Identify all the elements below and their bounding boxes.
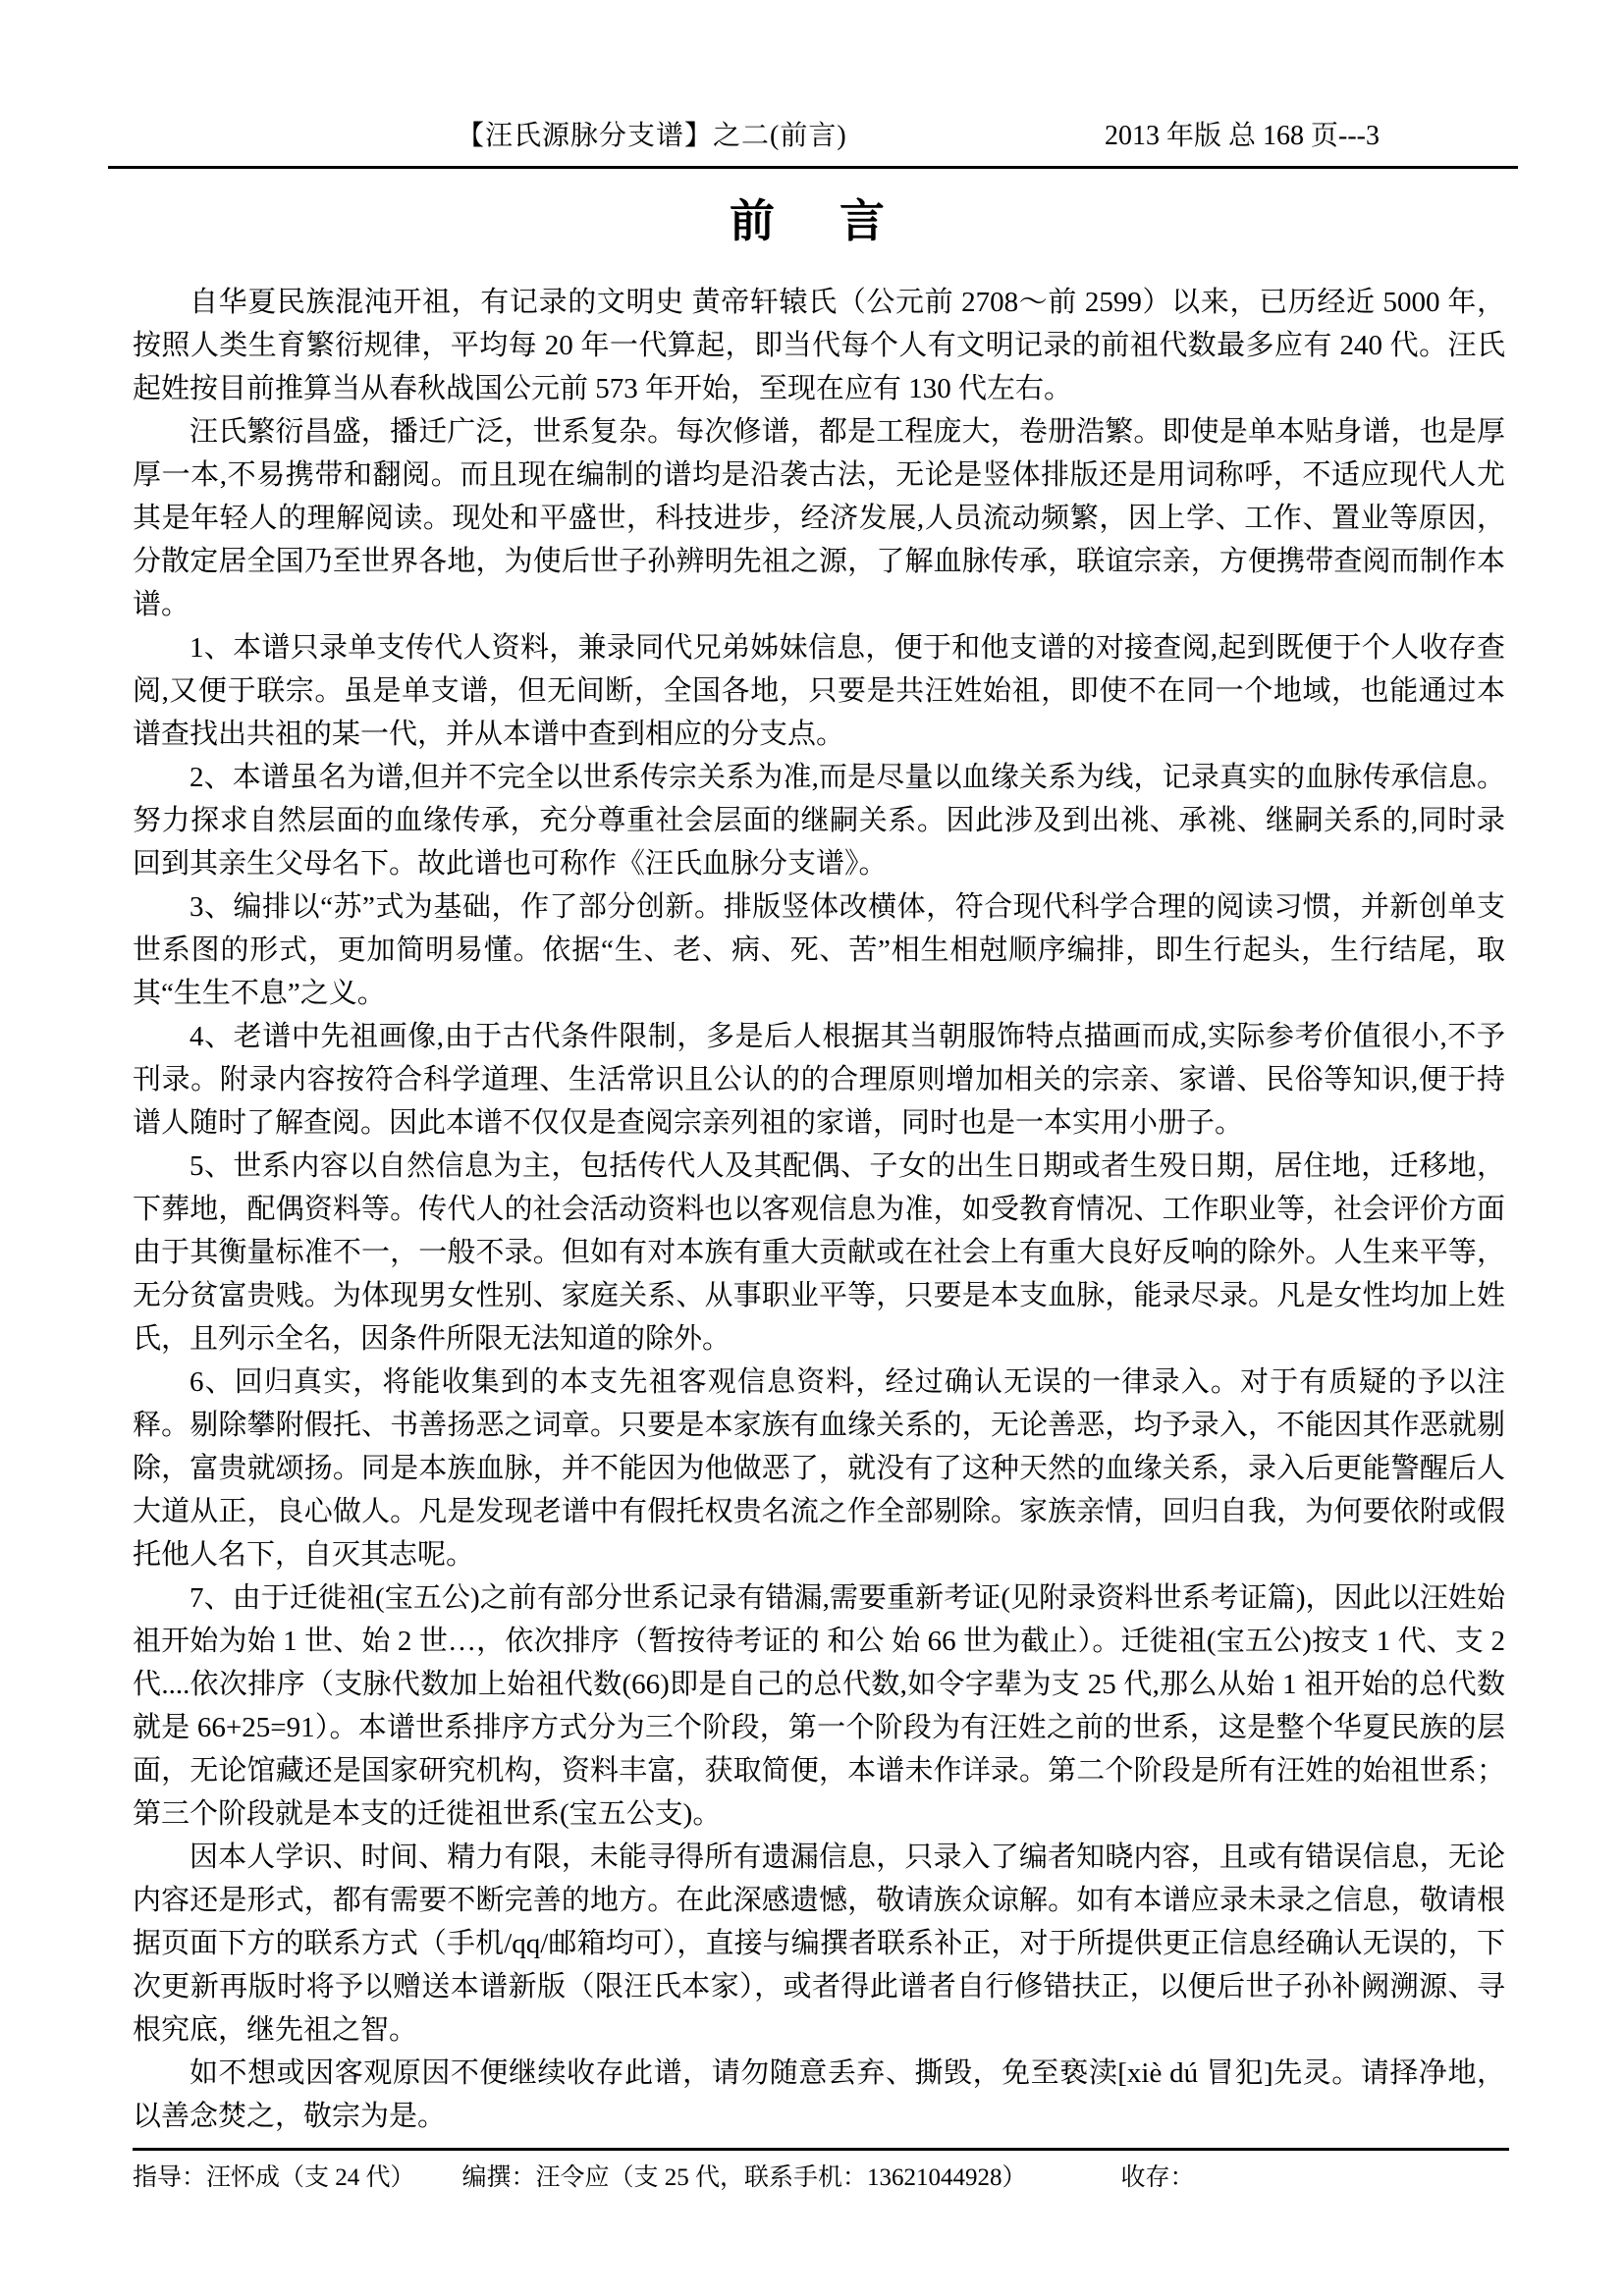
- paragraph: 如不想或因客观原因不便继续收存此谱，请勿随意丢弃、撕毁，免至亵渎[xiè dú …: [133, 2052, 1505, 2138]
- keeper-label: 收存：: [1121, 2163, 1195, 2194]
- page-title: 前 言: [0, 192, 1624, 251]
- footer-rule: [133, 2148, 1509, 2151]
- page: 【汪氏源脉分支谱】之二(前言) 2013 年版 总 168 页---3 前 言 …: [0, 0, 1624, 2296]
- page-header: 【汪氏源脉分支谱】之二(前言) 2013 年版 总 168 页---3: [133, 120, 1517, 153]
- paragraph: 6、回归真实，将能收集到的本支先祖客观信息资料，经过确认无误的一律录入。对于有质…: [133, 1361, 1505, 1576]
- header-edition-info: 2013 年版 总 168 页---3: [1105, 120, 1380, 153]
- compiler-credit: 编撰：汪令应（支 25 代，联系手机：13621044928）: [462, 2163, 1027, 2194]
- paragraph: 因本人学识、时间、精力有限，未能寻得所有遗漏信息，只录入了编者知晓内容，且或有错…: [133, 1836, 1505, 2052]
- page-footer: 指导：汪怀成（支 24 代） 编撰：汪令应（支 25 代，联系手机：136210…: [133, 2163, 1509, 2194]
- header-rule: [108, 166, 1518, 169]
- paragraph: 4、老谱中先祖画像,由于古代条件限制，多是后人根据其当朝服饰特点描画而成,实际参…: [133, 1015, 1505, 1145]
- preface-body: 自华夏民族混沌开祖，有记录的文明史 黄帝轩辕氏（公元前 2708～前 2599）…: [133, 281, 1505, 2138]
- paragraph: 1、本谱只录单支传代人资料，兼录同代兄弟姊妹信息，便于和他支谱的对接查阅,起到既…: [133, 626, 1505, 756]
- paragraph: 5、世系内容以自然信息为主，包括传代人及其配偶、子女的出生日期或者生殁日期，居住…: [133, 1145, 1505, 1361]
- paragraph: 3、编排以“苏”式为基础，作了部分创新。排版竖体改横体，符合现代科学合理的阅读习…: [133, 885, 1505, 1015]
- paragraph: 自华夏民族混沌开祖，有记录的文明史 黄帝轩辕氏（公元前 2708～前 2599）…: [133, 281, 1505, 410]
- advisor-credit: 指导：汪怀成（支 24 代）: [133, 2163, 415, 2194]
- paragraph: 7、由于迁徙祖(宝五公)之前有部分世系记录有错漏,需要重新考证(见附录资料世系考…: [133, 1576, 1505, 1836]
- header-book-title: 【汪氏源脉分支谱】之二(前言): [457, 120, 847, 153]
- paragraph: 汪氏繁衍昌盛，播迁广泛，世系复杂。每次修谱，都是工程庞大，卷册浩繁。即使是单本贴…: [133, 410, 1505, 626]
- paragraph: 2、本谱虽名为谱,但并不完全以世系传宗关系为准,而是尽量以血缘关系为线，记录真实…: [133, 756, 1505, 885]
